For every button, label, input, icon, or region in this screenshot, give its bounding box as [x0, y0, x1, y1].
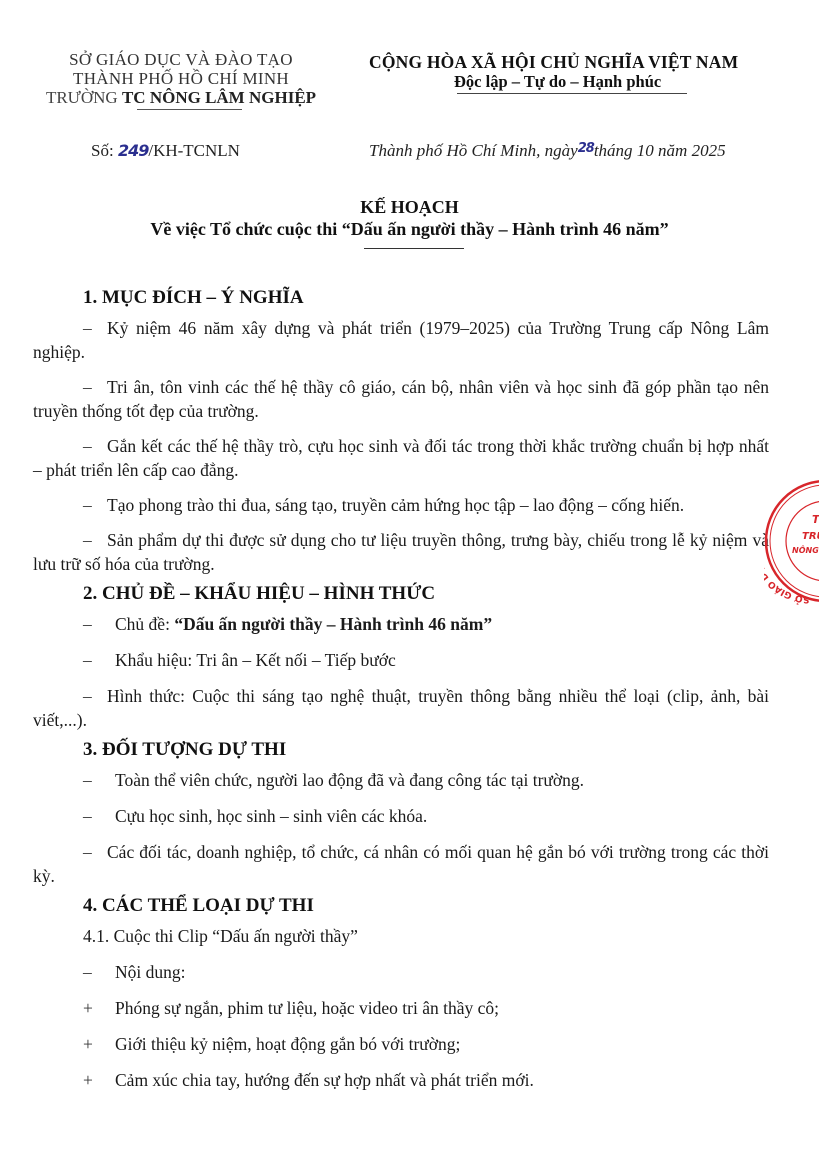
list-item: –Các đối tác, doanh nghiệp, tổ chức, cá …	[33, 840, 769, 888]
content-label-item: –Nội dung:	[83, 960, 769, 984]
official-stamp-icon: SỞ GIÁO DỤC VÀ ĐÀO T TRƯ NÔNG	[764, 477, 819, 607]
agency-line-1: SỞ GIÁO DỤC VÀ ĐÀO TẠO	[8, 50, 354, 69]
section-heading-4: 4. CÁC THỂ LOẠI DỰ THI	[83, 894, 769, 918]
dash-bullet: –	[83, 528, 107, 552]
handwritten-day: 28	[578, 141, 594, 156]
issuing-agency-block: SỞ GIÁO DỤC VÀ ĐÀO TẠO THÀNH PHỐ HỒ CHÍ …	[8, 50, 354, 110]
plus-bullet: +	[83, 996, 115, 1020]
list-item: –Sản phẩm dự thi được sử dụng cho tư liệ…	[33, 528, 769, 576]
dash-bullet: –	[83, 434, 107, 458]
format-item: –Hình thức: Cuộc thi sáng tạo nghệ thuật…	[33, 684, 769, 732]
list-item: –Tri ân, tôn vinh các thế hệ thầy cô giá…	[33, 375, 769, 423]
list-item: –Toàn thể viên chức, người lao động đã v…	[83, 768, 769, 792]
section-heading-3: 3. ĐỐI TƯỢNG DỰ THI	[83, 738, 769, 762]
list-item: –Tạo phong trào thi đua, sáng tạo, truyề…	[33, 493, 769, 517]
school-name: TRƯỜNG TC NÔNG LÂM NGHIỆP	[8, 88, 354, 107]
dash-bullet: –	[83, 493, 107, 517]
svg-text:NÔNG: NÔNG	[792, 545, 819, 555]
date-line: Thành phố Hồ Chí Minh, ngày28tháng 10 nă…	[369, 141, 726, 161]
list-item: –Kỷ niệm 46 năm xây dựng và phát triển (…	[33, 316, 769, 364]
plus-bullet: +	[83, 1068, 115, 1092]
list-item: +Phóng sự ngắn, phim tư liệu, hoặc video…	[83, 996, 769, 1020]
svg-text:T: T	[812, 513, 819, 526]
dash-bullet: –	[83, 648, 115, 672]
dash-bullet: –	[83, 316, 107, 340]
motto-underline	[457, 93, 687, 94]
dash-bullet: –	[83, 612, 115, 636]
theme-item: –Chủ đề: “Dấu ấn người thầy – Hành trình…	[83, 612, 769, 636]
doc-type: KẾ HOẠCH	[0, 196, 819, 218]
document-body: 1. MỤC ĐÍCH – Ý NGHĨA –Kỷ niệm 46 năm xâ…	[83, 286, 769, 1104]
title-underline	[364, 248, 464, 249]
theme-value: “Dấu ấn người thầy – Hành trình 46 năm”	[174, 614, 492, 634]
slogan-item: –Khẩu hiệu: Tri ân – Kết nối – Tiếp bước	[83, 648, 769, 672]
dash-bullet: –	[83, 768, 115, 792]
section-heading-2: 2. CHỦ ĐỀ – KHẨU HIỆU – HÌNH THỨC	[83, 582, 769, 606]
dash-bullet: –	[83, 375, 107, 399]
doc-subject: Về việc Tổ chức cuộc thi “Dấu ấn người t…	[0, 218, 819, 240]
svg-text:TRƯ: TRƯ	[802, 531, 819, 542]
list-item: +Cảm xúc chia tay, hướng đến sự hợp nhất…	[83, 1068, 769, 1092]
handwritten-number: 249	[118, 141, 148, 160]
document-number: Số: 249/KH-TCNLN	[91, 141, 240, 161]
agency-line-2: THÀNH PHỐ HỒ CHÍ MINH	[8, 69, 354, 88]
list-item: +Giới thiệu kỷ niệm, hoạt động gắn bó vớ…	[83, 1032, 769, 1056]
dash-bullet: –	[83, 840, 107, 864]
national-title: CỘNG HÒA XÃ HỘI CHỦ NGHĨA VIỆT NAM	[360, 52, 819, 72]
section-heading-1: 1. MỤC ĐÍCH – Ý NGHĨA	[83, 286, 769, 310]
document-title: KẾ HOẠCH Về việc Tổ chức cuộc thi “Dấu ấ…	[0, 196, 819, 249]
dash-bullet: –	[83, 684, 107, 708]
list-item: –Gắn kết các thế hệ thầy trò, cựu học si…	[33, 434, 769, 482]
dash-bullet: –	[83, 960, 115, 984]
list-item: –Cựu học sinh, học sinh – sinh viên các …	[83, 804, 769, 828]
agency-underline	[137, 109, 242, 110]
dash-bullet: –	[83, 804, 115, 828]
national-motto: Độc lập – Tự do – Hạnh phúc	[360, 72, 819, 92]
national-heading-block: CỘNG HÒA XÃ HỘI CHỦ NGHĨA VIỆT NAM Độc l…	[360, 52, 819, 94]
subsection-4-1: 4.1. Cuộc thi Clip “Dấu ấn người thầy”	[83, 924, 769, 948]
plus-bullet: +	[83, 1032, 115, 1056]
